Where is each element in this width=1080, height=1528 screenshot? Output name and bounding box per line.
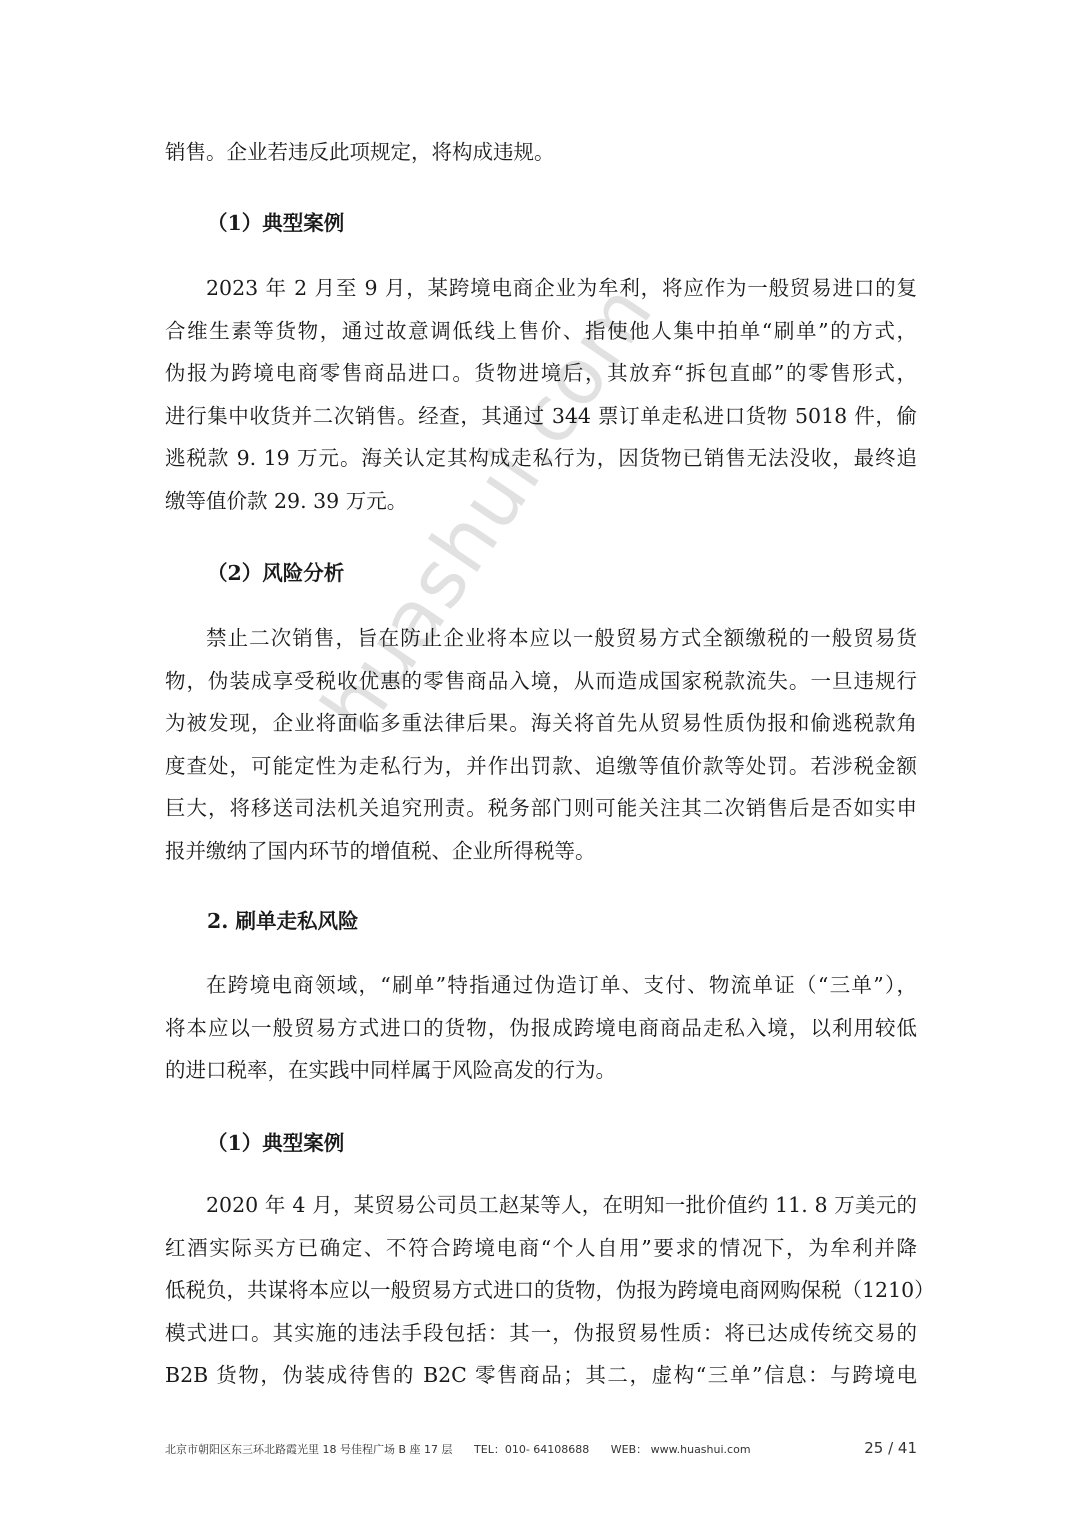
- text-line: 进行集中收货并二次销售。经查，其通过 344 票订单走私进口货物 5018 件，…: [165, 395, 917, 438]
- text-line: 2023 年 2 月至 9 月，某跨境电商企业为牟利，将应作为一般贸易进口的复: [165, 267, 917, 310]
- text-line: 2020 年 4 月，某贸易公司员工赵某等人，在明知一批价值约 11. 8 万美…: [165, 1184, 917, 1227]
- heading-section-2: 2. 刷单走私风险: [207, 904, 359, 934]
- text-line: 禁止二次销售，旨在防止企业将本应以一般贸易方式全额缴税的一般贸易货: [165, 617, 917, 660]
- paragraph-intro: 销售。企业若违反此项规定，将构成违规。: [165, 131, 917, 174]
- document-page: huashui.com 销售。企业若违反此项规定，将构成违规。 （1）典型案例 …: [0, 0, 1080, 1528]
- text-line: 报并缴纳了国内环节的增值税、企业所得税等。: [165, 830, 917, 873]
- paragraph-risk-analysis: 禁止二次销售，旨在防止企业将本应以一般贸易方式全额缴税的一般贸易货 物，伪装成享…: [165, 617, 917, 872]
- page-number: 25 / 41: [864, 1439, 917, 1457]
- footer-address: 北京市朝阳区东三环北路霞光里 18 号佳程广场 B 座 17 层: [165, 1443, 453, 1456]
- heading-typical-case-1: （1）典型案例: [207, 206, 344, 236]
- text-line: 合维生素等货物，通过故意调低线上售价、指使他人集中拍单“刷单”的方式，: [165, 310, 917, 353]
- text-line: 度查处，可能定性为走私行为，并作出罚款、追缴等值价款等处罚。若涉税金额: [165, 745, 917, 788]
- text-line: B2B 货物，伪装成待售的 B2C 零售商品；其二，虚构“三单”信息：与跨境电: [165, 1354, 917, 1397]
- text-line: 为被发现，企业将面临多重法律后果。海关将首先从贸易性质伪报和偷逃税款角: [165, 702, 917, 745]
- footer-tel: TEL：010- 64108688: [474, 1443, 589, 1456]
- paragraph-case-2: 2020 年 4 月，某贸易公司员工赵某等人，在明知一批价值约 11. 8 万美…: [165, 1184, 917, 1397]
- text-line: 伪报为跨境电商零售商品进口。货物进境后，其放弃“拆包直邮”的零售形式，: [165, 352, 917, 395]
- text-line: 销售。企业若违反此项规定，将构成违规。: [165, 131, 917, 174]
- text-line: 逃税款 9. 19 万元。海关认定其构成走私行为，因货物已销售无法没收，最终追: [165, 437, 917, 480]
- text-line: 红酒实际买方已确定、不符合跨境电商“个人自用”要求的情况下，为牟利并降: [165, 1227, 917, 1270]
- footer-contact: 北京市朝阳区东三环北路霞光里 18 号佳程广场 B 座 17 层 TEL：010…: [165, 1441, 769, 1457]
- text-line: 低税负，共谋将本应以一般贸易方式进口的货物，伪报为跨境电商网购保税（1210）: [165, 1269, 917, 1312]
- text-line: 巨大，将移送司法机关追究刑责。税务部门则可能关注其二次销售后是否如实申: [165, 787, 917, 830]
- text-line: 将本应以一般贸易方式进口的货物，伪报成跨境电商商品走私入境，以利用较低: [165, 1007, 917, 1050]
- footer-web-link[interactable]: WEB： www.huashui.com: [611, 1443, 751, 1456]
- paragraph-case-1: 2023 年 2 月至 9 月，某跨境电商企业为牟利，将应作为一般贸易进口的复 …: [165, 267, 917, 522]
- text-line: 在跨境电商领域，“刷单”特指通过伪造订单、支付、物流单证（“三单”），: [165, 964, 917, 1007]
- text-line: 物，伪装成享受税收优惠的零售商品入境，从而造成国家税款流失。一旦违规行: [165, 660, 917, 703]
- text-line: 的进口税率，在实践中同样属于风险高发的行为。: [165, 1049, 917, 1092]
- page-footer: 北京市朝阳区东三环北路霞光里 18 号佳程广场 B 座 17 层 TEL：010…: [165, 1439, 917, 1463]
- text-line: 模式进口。其实施的违法手段包括：其一，伪报贸易性质：将已达成传统交易的: [165, 1312, 917, 1355]
- text-line: 缴等值价款 29. 39 万元。: [165, 480, 917, 523]
- paragraph-section-2-intro: 在跨境电商领域，“刷单”特指通过伪造订单、支付、物流单证（“三单”）， 将本应以…: [165, 964, 917, 1092]
- heading-typical-case-2: （1）典型案例: [207, 1126, 344, 1156]
- heading-risk-analysis-1: （2）风险分析: [207, 556, 344, 586]
